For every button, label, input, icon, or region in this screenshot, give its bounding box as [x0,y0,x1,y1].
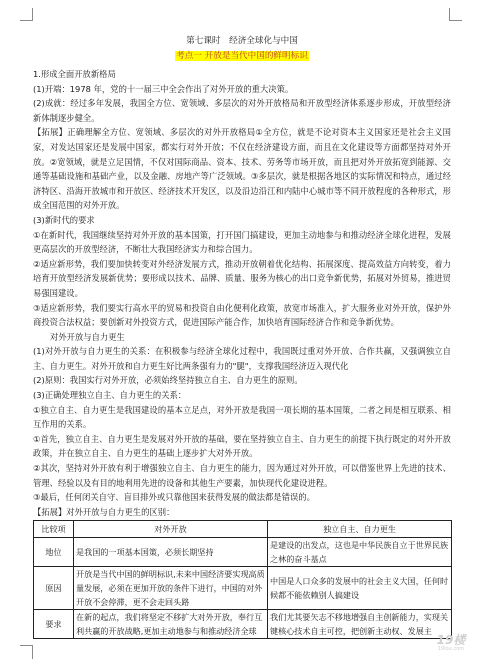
paragraph: (2)原则：我国实行对外开放，必须始终坚持独立自主、自力更生的原则。 [33,373,451,388]
table-cell: 中国是人口众多的发展中的社会主义大国，任何时候都不能依赖别人搞建设 [268,567,452,610]
paragraph: ②其次，坚持对外开放有利于增强独立自主、自力更生的能力，因为通过对外开放，可以借… [33,461,451,490]
paragraph: ②适应新形势，我们要加快转变对外经济发展方式，推动开放朝着优化结构、拓展深度、提… [33,257,451,301]
paragraph: ③最后，任何闭关自守、盲目排外或只靠他国来获得发展的做法都是错误的。 [33,490,451,505]
page-corner-mark [20,645,33,659]
section-heading: 1.形成全面开放新格局 [33,67,451,82]
extension-note: 【拓展】正确理解全方位、宽领域、多层次的对外开放格局①全方位，就是不论对资本主义… [33,125,451,213]
table-header: 独立自主、自力更生 [268,521,452,538]
table-header-row: 比较项 对外开放 独立自主、自力更生 [34,521,452,538]
paragraph: ①首先，独立自主、自力更生是发展对外开放的基础，要在坚持独立自主、自力更生的前提… [33,432,451,461]
table-header: 比较项 [34,521,74,538]
lesson-title: 第七课时 经济全球化与中国 [33,34,451,48]
extension-note: 【拓展】对外开放与自力更生的区别： [33,505,451,520]
table-cell: 是我国的一项基本国策，必须长期坚持 [74,538,268,567]
paragraph: ①在新时代，我国继续坚持对外开放的基本国策，打开国门搞建设，更加主动地参与和推动… [33,228,451,257]
watermark-text: 19楼 [437,633,466,647]
row-label: 地位 [34,538,74,567]
table-cell: 开放是当代中国的鲜明标识,未来中国经济要实现高质量发展，必须在更加开放的条件下进… [74,567,268,610]
table-header: 对外开放 [74,521,268,538]
row-label: 要求 [34,610,74,639]
paragraph: (1)对外开放与自力更生的关系：在积极参与经济全球化过程中，我国既过重对外开放、… [33,344,451,373]
paragraph: ③适应新形势，我们要实行高水平的贸易和投资自由化便利化政策，放宽市场准入，扩大服… [33,301,451,330]
watermark-logo: 19楼 19lou.com [433,634,469,654]
comparison-table: 比较项 对外开放 独立自主、自力更生 地位 是我国的一项基本国策，必须长期坚持 … [33,520,452,639]
table-cell: 在新的起点，我们将坚定不移扩大对外开放，奉行互利共赢的开放战略,更加主动地参与和… [74,610,268,639]
row-label: 原因 [34,567,74,610]
document-page: 第七课时 经济全球化与中国 考点一 开放是当代中国的鲜明标识 1.形成全面开放新… [33,34,451,639]
table-cell: 是建设的出发点，这也是中华民族自立于世界民族之林的奋斗基点 [268,538,452,567]
paragraph: (3)正确处理独立自主、自力更生的关系： [33,388,451,403]
table-row: 地位 是我国的一项基本国策，必须长期坚持 是建设的出发点，这也是中华民族自立于世… [34,538,452,567]
table-cell: 我们尤其要矢志不移地增强自主创新能力，实现关键核心技术自主可控，把创新主动权、发… [268,610,452,639]
table-row: 要求 在新的起点，我们将坚定不移扩大对外开放，奉行互利共赢的开放战略,更加主动地… [34,610,452,639]
paragraph: ①独立自主、自力更生是我国建设的基本立足点，对外开放是我国一项长期的基本国策，二… [33,403,451,432]
paragraph: (3)新时代的要求 [33,213,451,228]
paragraph: (2)成就：经过多年发展，我国全方位、宽领域、多层次的对外开放格局和开放型经济体… [33,96,451,125]
subtitle-row: 考点一 开放是当代中国的鲜明标识 [33,48,451,64]
table-row: 原因 开放是当代中国的鲜明标识,未来中国经济要实现高质量发展，必须在更加开放的条… [34,567,452,610]
page-corner-mark [449,8,462,21]
highlighted-subtitle: 考点一 开放是当代中国的鲜明标识 [175,51,309,61]
paragraph: (1)开端：1978 年，党的十一届三中全会作出了对外开放的重大决策。 [33,82,451,97]
watermark-subtext: 19lou.com [433,646,469,652]
section-heading: 对外开放与自力更生 [33,330,451,345]
page-corner-mark [20,8,33,21]
